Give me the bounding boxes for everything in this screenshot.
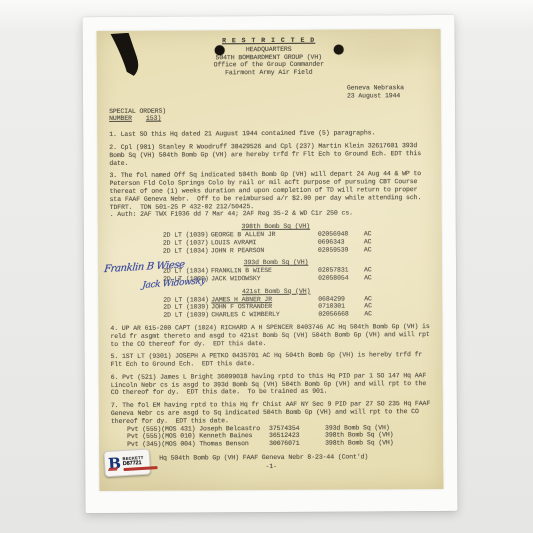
page-number: -1- [111,462,431,472]
roster-title: 421st Bomb Sq (VH) [242,287,310,295]
roster-serial: 02056668 [318,311,364,319]
paragraph-3-auth: . Auth: 2AF TWX F1936 dd 7 Mar 44; 2AF R… [110,209,430,219]
paragraph-5: 5. 1ST LT (9301) JOSEPH A PETKO 0435701 … [111,351,431,369]
roster-row: 2D LT (1039) CHARLES C WIMBERLY 02056668… [110,310,430,320]
order-number-value: 153) [146,115,161,122]
roster-name: JACK WIDOWSKY [211,275,318,283]
roster-rank: 2D LT (1039) [163,311,211,319]
em-roster-row: Pvt (345)(MOS 004) Thomas Benson 3007607… [111,439,431,449]
roster-393d: 393d Bomb Sq (VH) 2D LT (1034) FRANKLIN … [110,258,430,283]
paragraph-7: 7. The fol EM having rptd to this Hq fr … [111,400,431,425]
dateline: Geneva Nebraska 23 August 1944 [347,84,429,100]
order-number-word: NUMBER [109,115,132,122]
roster-rank: 2D LT (1034) [163,247,211,255]
em-squadron: 398th Bomb Sq (VH) [325,439,431,447]
roster-branch: AC [364,274,384,282]
roster-serial: 02058054 [318,274,364,282]
roster-title: 393d Bomb Sq (VH) [244,259,309,267]
photo-mat-card: R E S T R I C T E D HEADQUARTERS 504TH B… [82,15,457,513]
roster-name: JOHN R PEARSON [211,246,318,254]
paragraph-1: 1. Last SO this Hq dated 21 August 1944 … [109,129,429,139]
paragraph-6: 6. Pvt (521) James L Bright 36099018 hav… [111,372,431,397]
roster-398th: 398th Bomb Sq (VH) 2D LT (1039) GEORGE B… [110,222,430,255]
roster-branch: AC [364,246,384,254]
beckett-b-logo-icon: B [108,456,121,472]
photo-background: R E S T R I C T E D HEADQUARTERS 504TH B… [0,0,533,533]
hole-punch-left [215,45,225,55]
em-grade-name: Pvt (345)(MOS 004) Thomas Benson [127,440,269,449]
roster-row: 2D LT (1034) JOHN R PEARSON 02059539 AC [110,246,430,256]
roster-title: 398th Bomb Sq (VH) [242,223,310,231]
roster-branch: AC [364,230,384,238]
dateline-date: 23 August 1944 [347,92,429,100]
letterhead-line: Fairmont Army Air Field [109,68,429,78]
roster-serial: 02059539 [318,246,364,254]
roster-branch: AC [364,310,384,318]
em-roster: Pvt (555)(MOS 431) Joseph Belcastro 3757… [111,424,431,449]
paragraph-3: 3. The fol named Off Sq indicated 504th … [109,170,429,211]
em-serial: 30076071 [269,440,325,448]
ink-blot-mark [107,33,147,81]
roster-branch: AC [364,303,384,311]
paragraph-4: 4. UP AR 615-200 CAPT (1024) RICHARD A H… [110,323,430,348]
paragraph-2: 2. Cpl (901) Stanley R Woodruff 38429526… [109,142,429,167]
roster-branch: AC [364,266,384,274]
hole-punch-right [334,45,344,55]
document-paper: R E S T R I C T E D HEADQUARTERS 504TH B… [97,29,444,491]
beckett-authentication-sticker: B BECKETT D87721 [103,449,150,478]
letterhead: HEADQUARTERS 504TH BOMBARDMENT GROUP (VH… [109,45,429,78]
roster-421st: 421st Bomb Sq (VH) 2D LT (1034) JAMES H … [110,287,430,320]
roster-branch: AC [364,238,384,246]
roster-name: CHARLES C WIMBERLY [211,311,318,319]
order-heading: SPECIAL ORDERS) NUMBER153) [109,106,429,124]
sticker-text: BECKETT D87721 [122,454,157,471]
order-number-line: NUMBER153) [109,113,429,123]
